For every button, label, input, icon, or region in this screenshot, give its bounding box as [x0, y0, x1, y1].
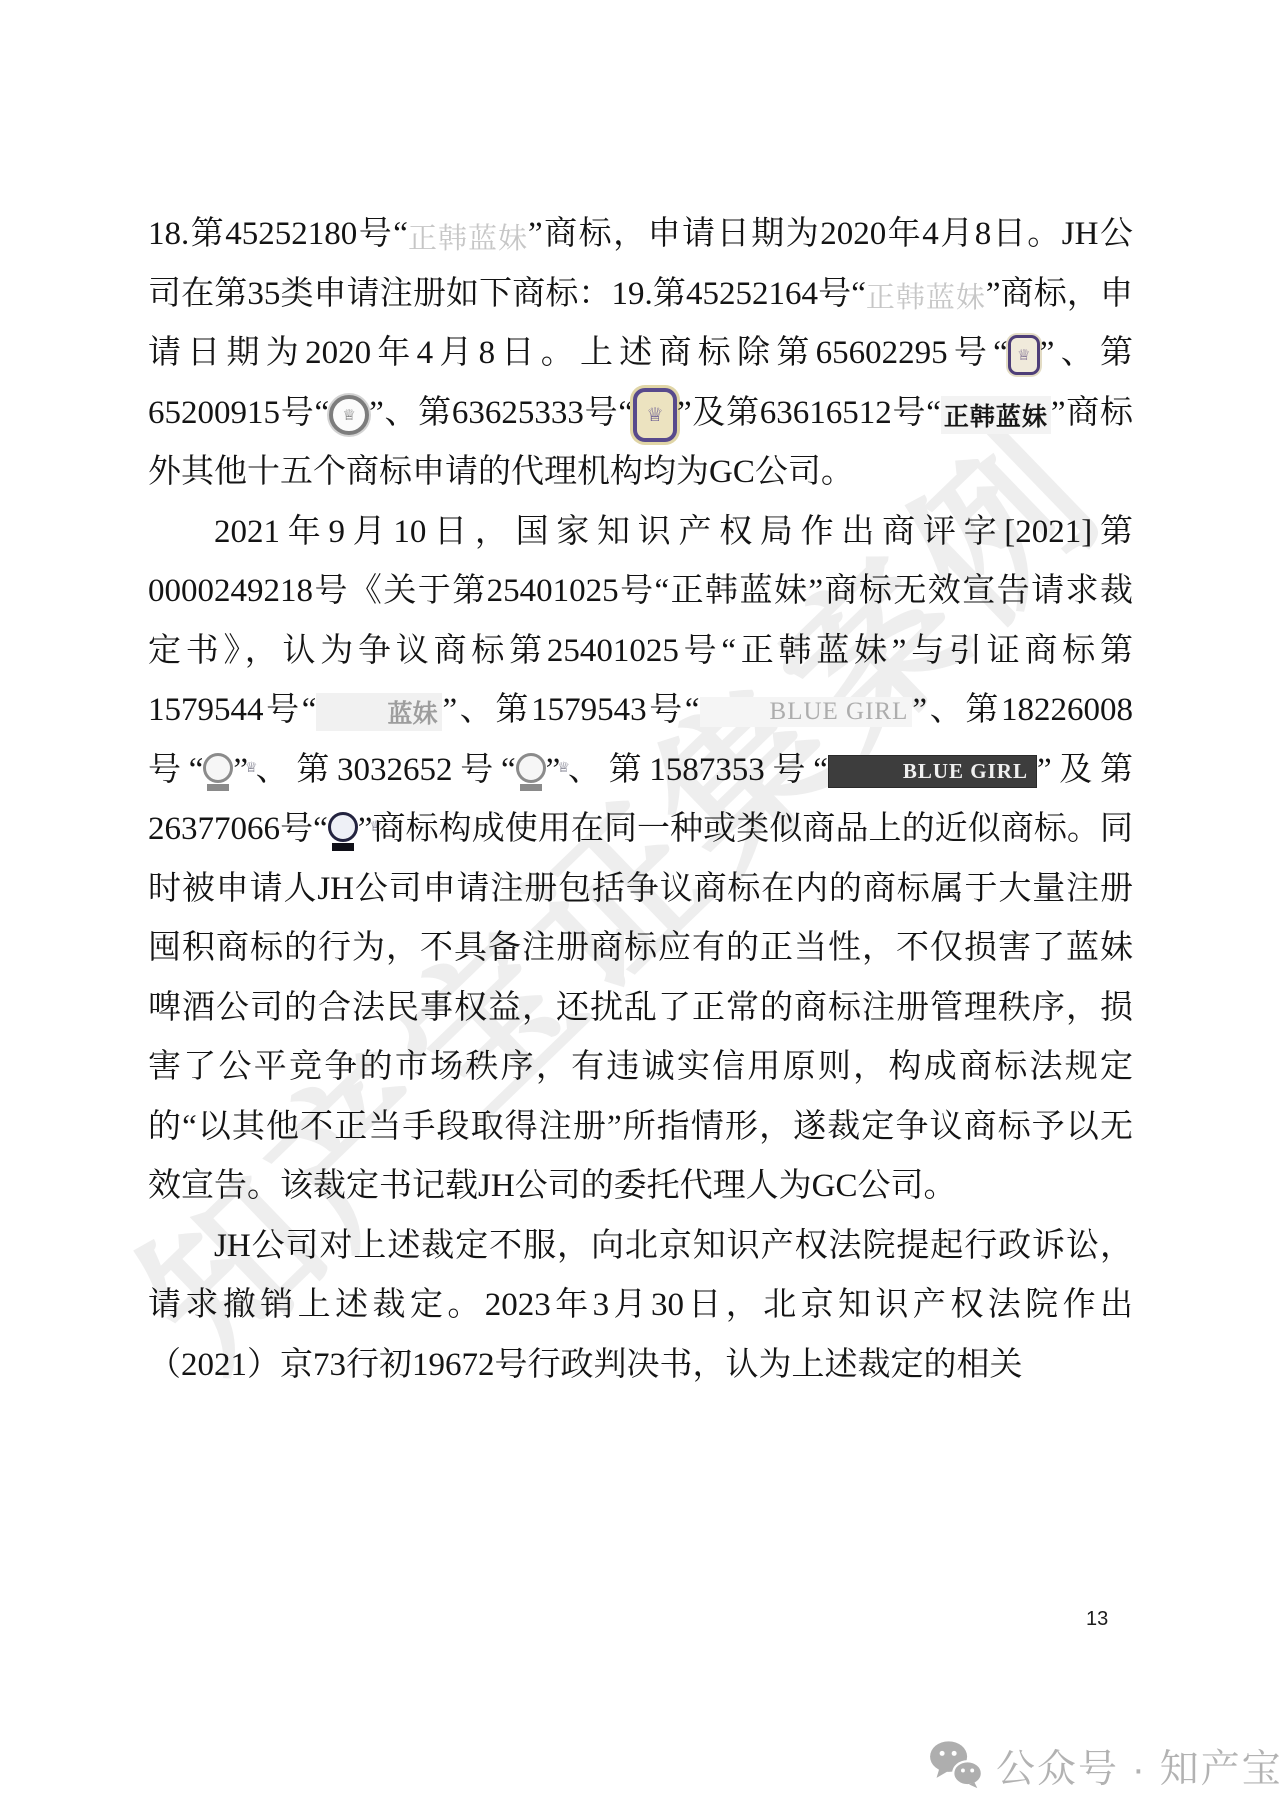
- page-number: 13: [1086, 1608, 1108, 1631]
- paragraph: 2021年9月10日，国家知识产权局作出商评字[2021]第0000249218…: [148, 503, 1133, 1217]
- paragraph: JH公司对上述裁定不服，向北京知识产权法院提起行政诉讼，请求撤销上述裁定。202…: [148, 1217, 1133, 1396]
- document-body: 18.第45252180号“正韩蓝妹”商标，申请日期为2020年4月8日。JH公…: [148, 205, 1133, 1395]
- body-text: 18.第45252180号“: [148, 216, 408, 252]
- paragraph: 18.第45252180号“正韩蓝妹”商标，申请日期为2020年4月8日。JH公…: [148, 205, 1133, 503]
- blue-girl-text-mark: BLUE GIRL: [700, 697, 913, 727]
- figure-badge-large-mark: ♕: [633, 388, 677, 442]
- lanmei-text-mark: 蓝妹: [316, 693, 442, 731]
- body-text: ”、第1587353号“: [546, 752, 828, 788]
- figure-circle-mark: ♕: [329, 395, 369, 435]
- body-text: ”、第3032652号“: [233, 752, 515, 788]
- body-text: ”商标构成使用在同一种或类似商品上的近似商标。同时被申请人JH公司申请注册包括争…: [148, 811, 1133, 1204]
- figure-glyph: ♕: [342, 406, 355, 424]
- figure-badge-small-mark: ♕: [1008, 335, 1040, 375]
- figure-glyph: ♕: [328, 812, 358, 842]
- zhenghan-lanmei-faint-mark: 正韩蓝妹: [866, 275, 986, 316]
- document-page: 知产宝证集案例 18.第45252180号“正韩蓝妹”商标，申请日期为2020年…: [0, 0, 1280, 1810]
- figure-glyph: ♕: [203, 753, 233, 783]
- zhenghan-lanmei-faint-mark: 正韩蓝妹: [408, 216, 528, 257]
- blue-girl-box-mark: BLUE GIRL: [828, 755, 1037, 788]
- girl-emblem-dark-mark: ♕: [328, 812, 358, 851]
- footer-brand-text: 公众号 · 知产宝: [996, 1738, 1280, 1794]
- girl-emblem-gray-mark: ♕: [516, 753, 546, 791]
- figure-glyph: ♕: [646, 404, 663, 426]
- zhenghan-lanmei-dark-mark: 正韩蓝妹: [941, 396, 1051, 434]
- wechat-icon: [928, 1739, 984, 1794]
- body-text: ”、第1579543号“: [442, 692, 699, 728]
- figure-glyph: ♕: [516, 753, 546, 783]
- body-text: JH公司对上述裁定不服，向北京知识产权法院提起行政诉讼，请求撤销上述裁定。202…: [148, 1228, 1133, 1383]
- figure-glyph: ♕: [1017, 346, 1030, 364]
- footer-brand: 公众号 · 知产宝: [928, 1738, 1280, 1794]
- body-text: ”、第63625333号“: [369, 395, 633, 431]
- girl-emblem-gray-mark: ♕: [203, 753, 233, 791]
- body-text: ”及第63616512号“: [677, 395, 941, 431]
